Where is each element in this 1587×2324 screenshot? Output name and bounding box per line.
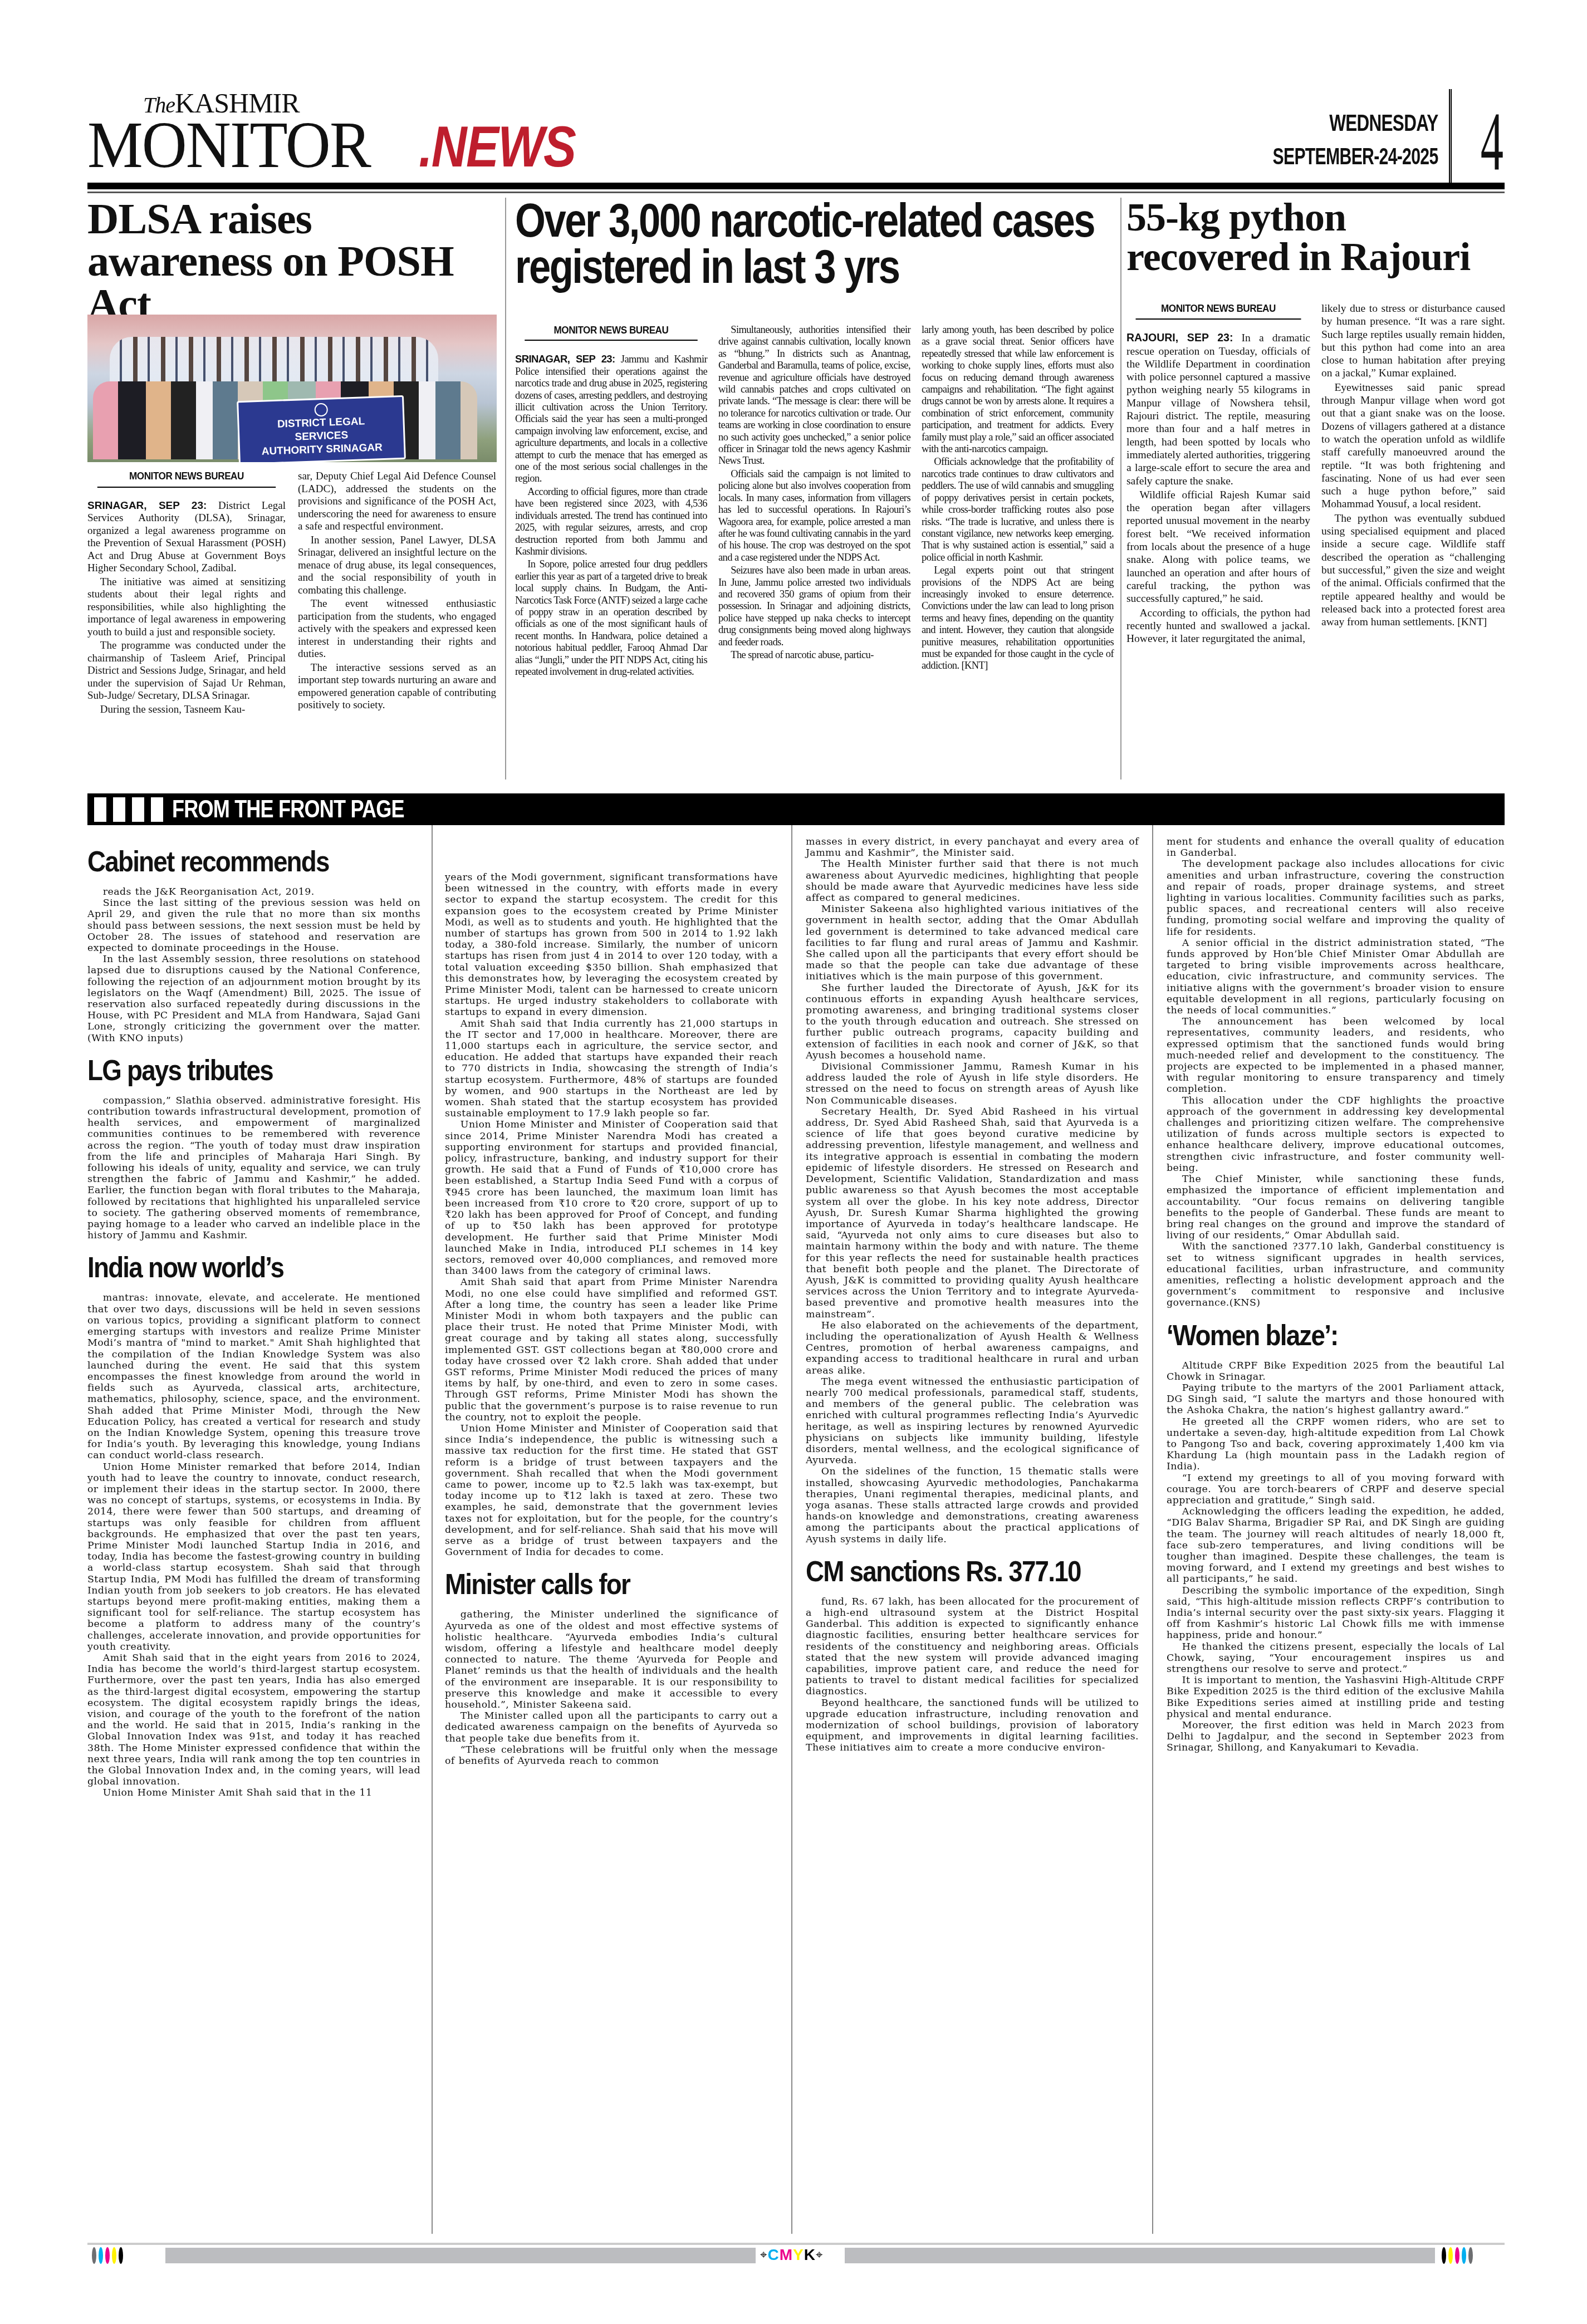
- paragraph: Divisional Commissioner Jammu, Ramesh Ku…: [806, 1061, 1139, 1106]
- magenta-dot-icon: [105, 2247, 110, 2264]
- page-number-box: 4: [1449, 89, 1505, 183]
- paragraph: masses in every district, in every panch…: [806, 836, 1139, 859]
- paragraph: years of the Modi government, significan…: [445, 872, 778, 1018]
- magenta-dot-icon: [1455, 2247, 1459, 2264]
- headline: 55-kg python recovered in Rajouri: [1126, 198, 1505, 276]
- story-columns: MONITOR NEWS BUREAU SRINAGAR, SEP 23: Ja…: [515, 325, 1114, 679]
- masthead-rule: [87, 183, 1505, 189]
- print-registration-strip: ⌖ C M Y K ⌖: [87, 2247, 1505, 2267]
- paragraph: Union Home Minister remarked that before…: [87, 1462, 420, 1653]
- paragraph: Moreover, the first edition was held in …: [1167, 1720, 1505, 1754]
- story-columns: MONITOR NEWS BUREAU SRINAGAR, SEP 23: Di…: [87, 470, 497, 717]
- paragraph-text: Jammu and Kashmir Police intensified the…: [515, 354, 707, 484]
- dateline: SRINAGAR, SEP 23:: [515, 353, 615, 365]
- lower-column-3: masses in every district, in every panch…: [806, 835, 1139, 1754]
- color-dots-left: [92, 2247, 123, 2264]
- lower-column-2: years of the Modi government, significan…: [445, 835, 778, 1767]
- gray-bar: [845, 2248, 1435, 2263]
- paragraph: ment for students and enhance the overal…: [1167, 836, 1505, 859]
- cmyk-c: C: [767, 2246, 777, 2264]
- story-dlsa: DLSA raises awareness on POSH Act DISTRI…: [87, 198, 497, 782]
- lower-column-4: ment for students and enhance the overal…: [1167, 835, 1505, 1754]
- paragraph: In another session, Panel Lawyer, DLSA S…: [298, 535, 496, 597]
- paragraph: The initiative was aimed at sensitizing …: [87, 576, 286, 639]
- story-column: MONITOR NEWS BUREAU RAJOURI, SEP 23: In …: [1126, 302, 1310, 646]
- paragraph: In Sopore, police arrested four drug ped…: [515, 559, 707, 678]
- story-column: likely due to stress or disturbance caus…: [1321, 302, 1505, 646]
- byline: MONITOR NEWS BUREAU: [525, 325, 698, 341]
- story-python: 55-kg python recovered in Rajouri MONITO…: [1126, 198, 1505, 782]
- story-body: Altitude CRPF Bike Expedition 2025 from …: [1167, 1360, 1505, 1754]
- paragraph: According to officials, the python had r…: [1126, 607, 1310, 646]
- paragraph: Acknowledging the officers leading the e…: [1167, 1506, 1505, 1585]
- headline-cm-sanctions: CM sanctions Rs. 377.10: [806, 1557, 1099, 1586]
- headline-india-now: India now world’s: [87, 1253, 380, 1282]
- gray-bar: [165, 2248, 756, 2263]
- paragraph: Simultaneously, authorities intensified …: [718, 325, 910, 468]
- color-dots-right: [1442, 2247, 1473, 2264]
- column-divider: [1120, 198, 1121, 779]
- cyan-dot-icon: [99, 2247, 103, 2264]
- paragraph: The interactive sessions served as an im…: [298, 662, 496, 712]
- cmyk-y: Y: [793, 2246, 802, 2264]
- issue-date: WEDNESDAY SEPTEMBER-24-2025: [1208, 111, 1438, 168]
- column-divider: [791, 825, 792, 2234]
- emblem-icon: [314, 403, 328, 417]
- paragraph: SRINAGAR, SEP 23: Jammu and Kashmir Poli…: [515, 353, 707, 485]
- column-divider: [505, 198, 506, 779]
- headline: Over 3,000 narcotic-related cases regist…: [515, 198, 1118, 290]
- front-page-continuations: Cabinet recommends reads the J&K Reorgan…: [87, 825, 1505, 2239]
- paragraph: “I extend my greetings to all of you mov…: [1167, 1473, 1505, 1507]
- top-stories: DLSA raises awareness on POSH Act DISTRI…: [87, 198, 1505, 782]
- issue-date-text: SEPTEMBER-24-2025: [1272, 145, 1438, 168]
- byline: MONITOR NEWS BUREAU: [97, 470, 276, 488]
- paragraph: She further lauded the Directorate of Ay…: [806, 983, 1139, 1061]
- story-body: masses in every district, in every panch…: [806, 836, 1139, 1545]
- logo-news: .NEWS: [419, 118, 575, 176]
- paragraph: mantras: innovate, elevate, and accelera…: [87, 1292, 420, 1461]
- paragraph: The development package also includes al…: [1167, 859, 1505, 937]
- paragraph: With the sanctioned ?377.10 lakh, Gander…: [1167, 1241, 1505, 1308]
- story-column: MONITOR NEWS BUREAU SRINAGAR, SEP 23: Ja…: [515, 325, 707, 679]
- paragraph: RAJOURI, SEP 23: In a dramatic rescue op…: [1126, 332, 1310, 488]
- paragraph: sar, Deputy Chief Legal Aid Defence Coun…: [298, 470, 496, 533]
- headline-lg-tributes: LG pays tributes: [87, 1056, 380, 1085]
- paragraph: This allocation under the CDF highlights…: [1167, 1095, 1505, 1174]
- dateline: RAJOURI, SEP 23:: [1126, 332, 1233, 344]
- headline-minister-calls: Minister calls for: [445, 1570, 738, 1599]
- story-body: ment for students and enhance the overal…: [1167, 836, 1505, 1309]
- paragraph: In the last Assembly session, three reso…: [87, 954, 420, 1044]
- cmyk-label: ⌖ C M Y K ⌖: [760, 2246, 821, 2264]
- page-number: 4: [1481, 106, 1503, 178]
- bar-block-icon: [113, 797, 125, 822]
- story-narcotics: Over 3,000 narcotic-related cases regist…: [515, 198, 1116, 782]
- paragraph: The spread of narcotic abuse, particu-: [718, 650, 910, 661]
- paragraph: On the sidelines of the function, 15 the…: [806, 1466, 1139, 1545]
- paragraph: “These celebrations will be fruitful onl…: [445, 1744, 778, 1767]
- paragraph: The Minister called upon all the partici…: [445, 1710, 778, 1744]
- section-title: FROM THE FRONT PAGE: [172, 796, 404, 823]
- section-bar-front-page: FROM THE FRONT PAGE: [87, 793, 1505, 825]
- paragraph: Officials said the campaign is not limit…: [718, 469, 910, 564]
- masthead-rule-thin: [87, 192, 1505, 193]
- paragraph: He greeted all the CRPF women riders, wh…: [1167, 1416, 1505, 1473]
- black-dot-icon: [119, 2247, 123, 2264]
- story-column: sar, Deputy Chief Legal Aid Defence Coun…: [298, 470, 496, 717]
- paragraph: Amit Shah said that in the eight years f…: [87, 1653, 420, 1787]
- paragraph: Officials acknowledge that the profitabi…: [922, 457, 1114, 564]
- story-column: larly among youth, has been described by…: [922, 325, 1114, 679]
- bar-block-icon: [151, 797, 163, 822]
- paragraph: Eyewitnesses said panic spread through M…: [1321, 381, 1505, 511]
- paragraph: reads the J&K Reorganisation Act, 2019.: [87, 886, 420, 898]
- paragraph: Amit Shah said that apart from Prime Min…: [445, 1277, 778, 1423]
- issue-day: WEDNESDAY: [1266, 111, 1438, 135]
- cmyk-m: M: [780, 2246, 791, 2264]
- paragraph: Describing the symbolic importance of th…: [1167, 1585, 1505, 1641]
- paragraph: The Health Minister further said that th…: [806, 859, 1139, 904]
- headline-women-blaze: ‘Women blaze’:: [1167, 1321, 1464, 1350]
- byline: MONITOR NEWS BUREAU: [1136, 302, 1301, 320]
- photo-banner: DISTRICT LEGAL SERVICES AUTHORITY SRINAG…: [237, 395, 406, 462]
- registration-mark-icon: ⌖: [816, 2248, 821, 2262]
- paragraph: The programme was conducted under the ch…: [87, 640, 286, 703]
- story-body: mantras: innovate, elevate, and accelera…: [87, 1292, 420, 1798]
- paragraph: larly among youth, has been described by…: [922, 325, 1114, 455]
- paragraph: The event witnessed enthusiastic partici…: [298, 598, 496, 661]
- story-column: Simultaneously, authorities intensified …: [718, 325, 910, 679]
- story-body: fund, Rs. 67 lakh, has been allocated fo…: [806, 1596, 1139, 1754]
- story-body: compassion,” Slathia observed. administr…: [87, 1095, 420, 1242]
- paragraph: Paying tribute to the martyrs of the 200…: [1167, 1382, 1505, 1416]
- paragraph: compassion,” Slathia observed. administr…: [87, 1095, 420, 1242]
- paragraph: Union Home Minister and Minister of Coop…: [445, 1423, 778, 1558]
- bar-block-icon: [132, 797, 144, 822]
- story-photo: DISTRICT LEGAL SERVICES AUTHORITY SRINAG…: [87, 315, 497, 462]
- cmyk-k: K: [804, 2246, 814, 2264]
- paragraph: Since the last sitting of the previous s…: [87, 898, 420, 954]
- paragraph: Union Home Minister Amit Shah said that …: [87, 1787, 420, 1798]
- dateline: SRINAGAR, SEP 23:: [87, 500, 207, 512]
- paragraph: Seizures have also been made in urban ar…: [718, 565, 910, 649]
- column-divider: [432, 825, 433, 2234]
- headline-cabinet: Cabinet recommends: [87, 847, 380, 876]
- paragraph: The python was eventually subdued using …: [1321, 512, 1505, 629]
- story-column: MONITOR NEWS BUREAU SRINAGAR, SEP 23: Di…: [87, 470, 286, 717]
- paragraph: Altitude CRPF Bike Expedition 2025 from …: [1167, 1360, 1505, 1382]
- masthead: TheKASHMIR MONITOR .NEWS WEDNESDAY SEPTE…: [87, 89, 1505, 192]
- yellow-dot-icon: [112, 2247, 116, 2264]
- paragraph: During the session, Tasneem Kau-: [87, 704, 286, 717]
- paragraph: Union Home Minister and Minister of Coop…: [445, 1119, 778, 1277]
- paragraph: Legal experts point out that stringent p…: [922, 565, 1114, 673]
- yellow-dot-icon: [1448, 2247, 1453, 2264]
- lower-column-1: Cabinet recommends reads the J&K Reorgan…: [87, 835, 420, 1799]
- registration-mark-icon: ⌖: [760, 2248, 766, 2262]
- paragraph: Secretary Health, Dr. Syed Abid Rasheed …: [806, 1106, 1139, 1320]
- story-body: years of the Modi government, significan…: [445, 872, 778, 1558]
- paragraph: gathering, the Minister underlined the s…: [445, 1609, 778, 1710]
- bar-decoration: [94, 797, 163, 822]
- paragraph: The announcement has been welcomed by lo…: [1167, 1016, 1505, 1095]
- paragraph: He thanked the citizens present, especia…: [1167, 1641, 1505, 1675]
- paragraph: The Chief Minister, while sanctioning th…: [1167, 1174, 1505, 1241]
- black-dot-icon: [1442, 2247, 1446, 2264]
- column-divider: [1152, 825, 1153, 2234]
- paragraph: It is important to mention, the Yashasvi…: [1167, 1675, 1505, 1720]
- paragraph: Minister Sakeena also highlighted variou…: [806, 904, 1139, 982]
- bottom-rule: [87, 2243, 1505, 2245]
- headline: DLSA raises awareness on POSH Act: [87, 198, 497, 325]
- paragraph: Wildlife official Rajesh Kumar said the …: [1126, 489, 1310, 606]
- paragraph: According to official figures, more than…: [515, 487, 707, 558]
- paragraph: SRINAGAR, SEP 23: District Legal Service…: [87, 500, 286, 575]
- paragraph: The mega event witnessed the enthusiasti…: [806, 1376, 1139, 1467]
- paragraph: A senior official in the district admini…: [1167, 938, 1505, 1016]
- paragraph: He also elaborated on the achievements o…: [806, 1320, 1139, 1376]
- cyan-dot-icon: [1462, 2247, 1466, 2264]
- paragraph: Amit Shah said that India currently has …: [445, 1018, 778, 1120]
- story-columns: MONITOR NEWS BUREAU RAJOURI, SEP 23: In …: [1126, 302, 1505, 646]
- story-body: gathering, the Minister underlined the s…: [445, 1609, 778, 1767]
- paragraph: fund, Rs. 67 lakh, has been allocated fo…: [806, 1596, 1139, 1698]
- gray-dot-icon: [92, 2247, 96, 2264]
- bar-block-icon: [94, 797, 106, 822]
- paragraph: Beyond healthcare, the sanctioned funds …: [806, 1698, 1139, 1754]
- logo-monitor: MONITOR: [87, 112, 370, 178]
- story-body: reads the J&K Reorganisation Act, 2019. …: [87, 886, 420, 1044]
- paragraph: likely due to stress or disturbance caus…: [1321, 302, 1505, 380]
- gray-dot-icon: [1468, 2247, 1473, 2264]
- paragraph-text: In a dramatic rescue operation on Tuesda…: [1126, 332, 1310, 487]
